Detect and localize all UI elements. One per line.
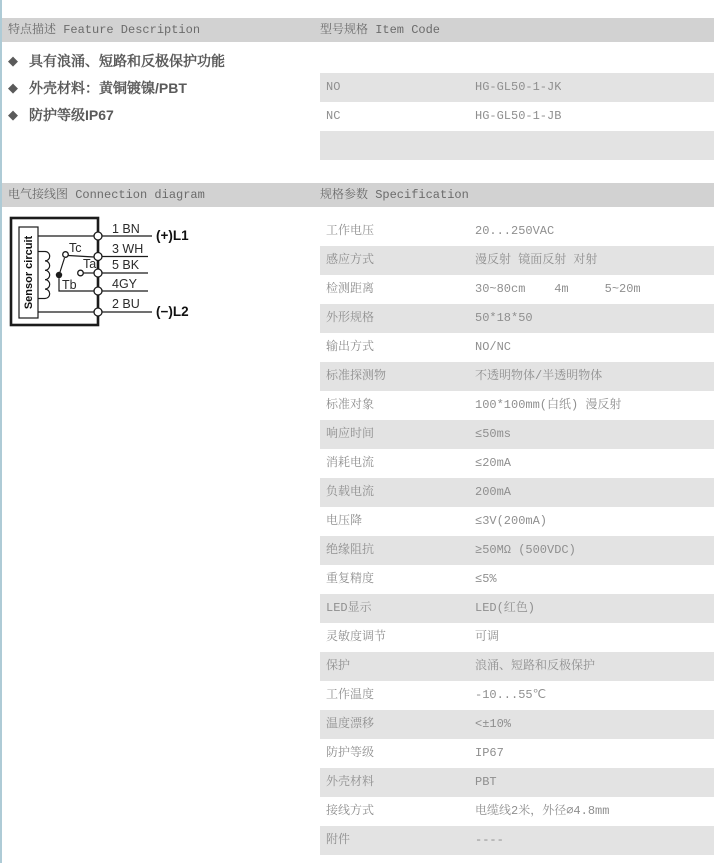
spec-value: ≤20mA bbox=[475, 449, 511, 478]
spec-row: 外形规格 50*18*50 bbox=[320, 304, 714, 333]
spec-value: 100*100mm(白纸) 漫反射 bbox=[475, 391, 621, 420]
contact-arm bbox=[60, 258, 65, 272]
spec-value: NO/NC bbox=[475, 333, 511, 362]
wire-label-2bu: 2 BU bbox=[112, 297, 140, 311]
relay-coil-icon bbox=[45, 252, 50, 299]
spec-row: 响应时间 ≤50ms bbox=[320, 420, 714, 449]
spec-row: 重复精度 ≤5% bbox=[320, 565, 714, 594]
spec-label: 标准对象 bbox=[320, 391, 475, 420]
spec-label: 消耗电流 bbox=[320, 449, 475, 478]
wire-label-5bk: 5 BK bbox=[112, 258, 140, 272]
spec-row: 标准对象 100*100mm(白纸) 漫反射 bbox=[320, 391, 714, 420]
spec-label: 外壳材料 bbox=[320, 768, 475, 797]
spec-value: 漫反射 镜面反射 对射 bbox=[475, 246, 597, 275]
spec-value: 电缆线2米，外径∅4.8mm bbox=[475, 797, 609, 826]
spec-label: 标准探测物 bbox=[320, 362, 475, 391]
wire-label-1bn: 1 BN bbox=[112, 222, 140, 236]
wire-label-3wh: 3 WH bbox=[112, 242, 143, 256]
table-row: NO HG-GL50-1-JK bbox=[320, 73, 714, 102]
spec-label: 工作温度 bbox=[320, 681, 475, 710]
spec-value: ≥50MΩ (500VDC) bbox=[475, 536, 576, 565]
spec-value: PBT bbox=[475, 768, 497, 797]
spec-value: 50*18*50 bbox=[475, 304, 533, 333]
terminal-5 bbox=[94, 269, 102, 277]
feature-list: ◆ 具有浪涌、短路和反极保护功能 ◆ 外壳材料：黄铜镀镍/PBT ◆ 防护等级I… bbox=[8, 48, 308, 129]
spec-row: 绝缘阻抗 ≥50MΩ (500VDC) bbox=[320, 536, 714, 565]
spec-label: 工作电压 bbox=[320, 217, 475, 246]
item-code-value: HG-GL50-1-JB bbox=[475, 102, 561, 131]
spec-row: 输出方式 NO/NC bbox=[320, 333, 714, 362]
spec-value: 200mA bbox=[475, 478, 511, 507]
spec-row: 检测距离 30~80cm 4m 5~20m bbox=[320, 275, 714, 304]
terminal-3 bbox=[94, 253, 102, 261]
diamond-bullet-icon: ◆ bbox=[8, 102, 18, 129]
spec-label: 绝缘阻抗 bbox=[320, 536, 475, 565]
table-row bbox=[320, 131, 714, 160]
spec-row: 感应方式 漫反射 镜面反射 对射 bbox=[320, 246, 714, 275]
connection-diagram: Sensor circuit Tc Ta Tb 1 BN 3 WH 5 BK 4… bbox=[0, 210, 300, 335]
spec-value: <±10% bbox=[475, 710, 511, 739]
terminal-4 bbox=[94, 287, 102, 295]
spec-row: 工作温度 -10...55℃ bbox=[320, 681, 714, 710]
item-code-label bbox=[320, 131, 475, 160]
table-row: NC HG-GL50-1-JB bbox=[320, 102, 714, 131]
feature-text: 外壳材料：黄铜镀镍/PBT bbox=[29, 75, 187, 102]
spec-row: 负载电流 200mA bbox=[320, 478, 714, 507]
spec-value: LED(红色) bbox=[475, 594, 535, 623]
spec-value: ≤3V(200mA) bbox=[475, 507, 547, 536]
spec-value: 可调 bbox=[475, 623, 499, 652]
spec-row: 温度漂移 <±10% bbox=[320, 710, 714, 739]
item-code-header: 型号规格 Item Code bbox=[320, 18, 440, 42]
feature-text: 防护等级IP67 bbox=[29, 102, 114, 129]
spec-value: 浪涌、短路和反极保护 bbox=[475, 652, 595, 681]
connection-diagram-header: 电气接线图 Connection diagram bbox=[8, 183, 205, 207]
feature-item: ◆ 具有浪涌、短路和反极保护功能 bbox=[8, 48, 308, 75]
spec-label: 接线方式 bbox=[320, 797, 475, 826]
spec-label: 响应时间 bbox=[320, 420, 475, 449]
header-bar-top: 特点描述 Feature Description 型号规格 Item Code bbox=[2, 18, 714, 42]
terminal-2 bbox=[94, 308, 102, 316]
spec-label: 灵敏度调节 bbox=[320, 623, 475, 652]
spec-value: ≤50ms bbox=[475, 420, 511, 449]
spec-label: 保护 bbox=[320, 652, 475, 681]
spec-value: 30~80cm 4m 5~20m bbox=[475, 275, 641, 304]
spec-label: LED显示 bbox=[320, 594, 475, 623]
spec-label: 输出方式 bbox=[320, 333, 475, 362]
line-l1-label: (+)L1 bbox=[156, 228, 189, 243]
spec-label: 重复精度 bbox=[320, 565, 475, 594]
spec-row: 标准探测物 不透明物体/半透明物体 bbox=[320, 362, 714, 391]
diamond-bullet-icon: ◆ bbox=[8, 75, 18, 102]
spec-value: ≤5% bbox=[475, 565, 497, 594]
item-code-label: NO bbox=[320, 73, 475, 102]
line-l2-label: (−)L2 bbox=[156, 304, 189, 319]
spec-row: 工作电压 20...250VAC bbox=[320, 217, 714, 246]
spec-value: 不透明物体/半透明物体 bbox=[475, 362, 602, 391]
spec-label: 感应方式 bbox=[320, 246, 475, 275]
feature-description-header: 特点描述 Feature Description bbox=[8, 18, 200, 42]
spec-row: 保护 浪涌、短路和反极保护 bbox=[320, 652, 714, 681]
item-code-label: NC bbox=[320, 102, 475, 131]
spec-row: 防护等级 IP67 bbox=[320, 739, 714, 768]
contact-tc-label: Tc bbox=[69, 241, 82, 255]
spec-row: LED显示 LED(红色) bbox=[320, 594, 714, 623]
feature-text: 具有浪涌、短路和反极保护功能 bbox=[29, 48, 225, 75]
spec-label: 检测距离 bbox=[320, 275, 475, 304]
spec-label: 温度漂移 bbox=[320, 710, 475, 739]
spec-label: 电压降 bbox=[320, 507, 475, 536]
sensor-circuit-label: Sensor circuit bbox=[23, 235, 35, 309]
spec-label: 外形规格 bbox=[320, 304, 475, 333]
header-bar-middle: 电气接线图 Connection diagram 规格参数 Specificat… bbox=[2, 183, 714, 207]
spec-row: 外壳材料 PBT bbox=[320, 768, 714, 797]
specification-header: 规格参数 Specification bbox=[320, 183, 469, 207]
spec-value: IP67 bbox=[475, 739, 504, 768]
spec-row: 附件 ---- bbox=[320, 826, 714, 855]
specification-table: 工作电压 20...250VAC 感应方式 漫反射 镜面反射 对射 检测距离 3… bbox=[320, 217, 714, 855]
contact-tb-label: Tb bbox=[62, 278, 77, 292]
spec-value: -10...55℃ bbox=[475, 681, 546, 710]
spec-label: 负载电流 bbox=[320, 478, 475, 507]
spec-label: 附件 bbox=[320, 826, 475, 855]
item-code-table: NO HG-GL50-1-JK NC HG-GL50-1-JB bbox=[320, 73, 714, 160]
spec-row: 电压降 ≤3V(200mA) bbox=[320, 507, 714, 536]
spec-row: 消耗电流 ≤20mA bbox=[320, 449, 714, 478]
diamond-bullet-icon: ◆ bbox=[8, 48, 18, 75]
spec-row: 灵敏度调节 可调 bbox=[320, 623, 714, 652]
spec-label: 防护等级 bbox=[320, 739, 475, 768]
wire-label-4gy: 4GY bbox=[112, 277, 138, 291]
contact-tc-point bbox=[63, 252, 69, 258]
spec-value: 20...250VAC bbox=[475, 217, 554, 246]
feature-item: ◆ 外壳材料：黄铜镀镍/PBT bbox=[8, 75, 308, 102]
feature-item: ◆ 防护等级IP67 bbox=[8, 102, 308, 129]
spec-row: 接线方式 电缆线2米，外径∅4.8mm bbox=[320, 797, 714, 826]
item-code-value: HG-GL50-1-JK bbox=[475, 73, 561, 102]
page-left-border bbox=[0, 0, 2, 863]
spec-value: ---- bbox=[475, 826, 504, 855]
terminal-1 bbox=[94, 232, 102, 240]
contact-ta-point bbox=[78, 270, 84, 276]
